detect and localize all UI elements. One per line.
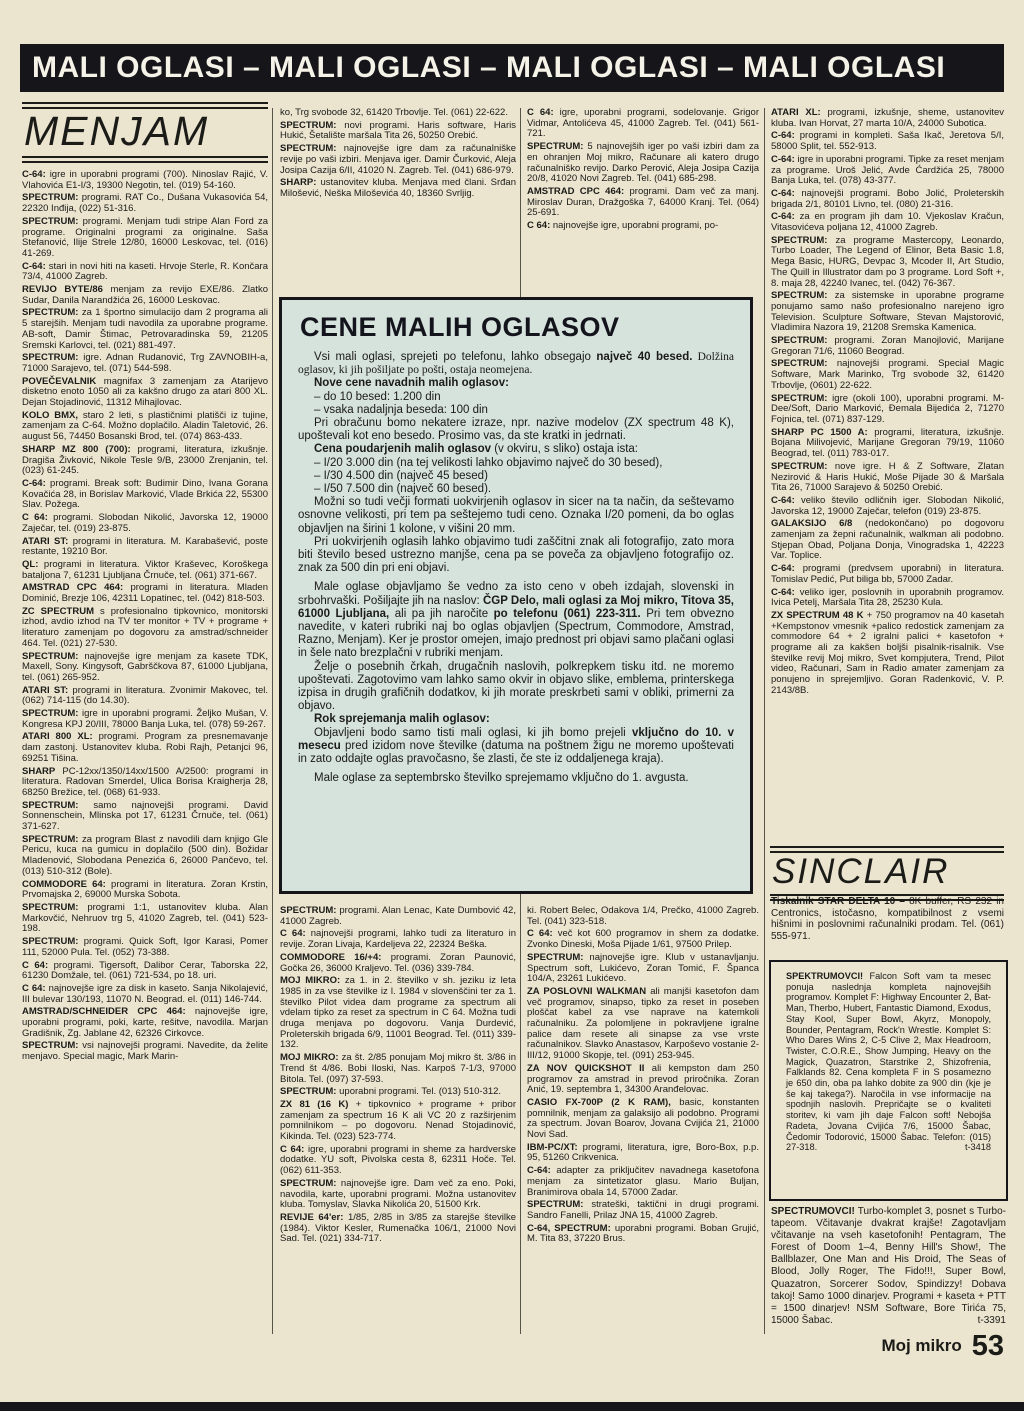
page-footer: Moj mikro53 <box>770 1330 1004 1363</box>
classified-ad: ZA POSLOVNI WALKMAN ali manjši kasetofon… <box>527 987 759 1062</box>
classified-ad: SHARP PC-12xx/1350/14xx/1500 A/2500: pro… <box>22 767 268 799</box>
classified-ad: SPECTRUM: programi. Zoran Manojlović, Ma… <box>771 336 1004 357</box>
classified-ad: C-64: za en program jih dam 10. Vjekosla… <box>771 212 1004 233</box>
classified-ad: KOLO BMX, staro 2 leti, s plastičnimi pl… <box>22 411 268 443</box>
classified-ad: ki. Robert Belec, Odakova 1/4, Prečko, 4… <box>527 906 759 927</box>
classified-ad: ko, Trg svobode 32, 61420 Trbovlje. Tel.… <box>280 108 516 119</box>
classified-ad: C-64: veliko število odličnih iger. Slob… <box>771 496 1004 517</box>
paragraph: SPEKTRUMOVCI! Falcon Soft vam ta mesec p… <box>786 971 991 1153</box>
classified-ad: REVIJE 64'er: 1/85, 2/85 in 3/85 za star… <box>280 1213 516 1245</box>
sinclair-ads: Tiskalnik STAR DELTA 10 – 8K buffer, RS … <box>771 896 1004 958</box>
paragraph: Male oglase objavljamo še vedno za isto … <box>298 581 734 660</box>
section-title-menjam: MENJAM <box>22 109 268 156</box>
classified-ad: SPECTRUM: najnovejši programi. Special M… <box>771 359 1004 391</box>
section-header-sinclair: SINCLAIR <box>770 846 1004 901</box>
classified-ad: COMMODORE 64: programi in literatura. Zo… <box>22 880 268 901</box>
classified-ad: C-64: programi in kompleti. Saša Ikač, J… <box>771 131 1004 152</box>
classified-ad: ZX 81 (16 K) + tipkovnico + programe + p… <box>280 1100 516 1143</box>
classified-ad: SPECTRUM: najnovejše igre dam za računal… <box>280 144 516 176</box>
classified-ad: QL: programi in literatura. Viktor Kraše… <box>22 560 268 581</box>
classified-ad: SPECTRUM: za programe Mastercopy, Leonar… <box>771 236 1004 290</box>
classified-ad: SPECTRUM: 5 najnovejših iger po vaši izb… <box>527 142 759 185</box>
classified-ad: C 64: igre, uporabni programi in sheme z… <box>280 1145 516 1177</box>
price-box-title: CENE MALIH OGLASOV <box>300 312 734 343</box>
classified-ad: SPECTRUM: uporabni programi. Tel. (013) … <box>280 1087 516 1098</box>
classified-ad: SPECTRUM: programi. Alan Lenac, Kate Dum… <box>280 906 516 927</box>
paragraph: – I/20 3.000 din (na tej velikosti lahko… <box>298 457 734 470</box>
classifieds-column-3-top: C 64: igre, uporabni programi, sodelovan… <box>527 108 759 294</box>
classified-ad: GALAKSIJO 6/8 (nedokončano) po dogovoru … <box>771 519 1004 562</box>
classified-ad: MOJ MIKRO: za št. 2/85 ponujam Moj mikro… <box>280 1053 516 1085</box>
falcon-soft-boxed-ad: SPEKTRUMOVCI! Falcon Soft vam ta mesec p… <box>769 960 1008 1201</box>
classifieds-column-2-top: ko, Trg svobode 32, 61420 Trbovlje. Tel.… <box>280 108 516 294</box>
classified-ad: ATARI 800 XL: programi. Program za presn… <box>22 732 268 764</box>
magazine-name: Moj mikro <box>881 1336 961 1355</box>
classified-ad: C 64: več kot 600 programov in shem za d… <box>527 929 759 950</box>
classified-ad: SPECTRUM: programi 1:1, ustanovitev klub… <box>22 903 268 935</box>
classified-ad: ATARI ST: programi in literatura. M. Kar… <box>22 537 268 558</box>
classified-ad: C 64: programi. Tigersoft, Dalibor Cerar… <box>22 961 268 982</box>
classified-ad: SHARP PC 1500 A: programi, literatura, i… <box>771 428 1004 460</box>
classified-ad: SPECTRUM: samo najnovejši programi. Davi… <box>22 801 268 833</box>
classifieds-column-2-bottom: SPECTRUM: programi. Alan Lenac, Kate Dum… <box>280 906 516 1334</box>
classified-ad: C-64: stari in novi hiti na kaseti. Hrvo… <box>22 262 268 283</box>
section-title-sinclair: SINCLAIR <box>770 853 1004 894</box>
classified-ad: C-64: igre in uporabni programi. Tipke z… <box>771 155 1004 187</box>
classified-ad: SHARP MZ 800 (700): programi, literatura… <box>22 445 268 477</box>
classified-ad: C-64: najnovejši programi. Bobo Jolić, P… <box>771 189 1004 210</box>
classified-ad: ATARI ST: programi in literatura. Zvonim… <box>22 686 268 707</box>
paragraph: Male oglase za septembrsko številko spre… <box>298 772 734 785</box>
classified-ad: SPECTRUM: programi. Menjam tudi stripe A… <box>22 217 268 260</box>
classified-ad: SPECTRUM: najnovejše igre menjam za kase… <box>22 652 268 684</box>
paragraph: – I/50 7.500 din (največ 60 besed). <box>298 483 734 496</box>
classified-ad: C-64: adapter za priključitev navadnega … <box>527 1166 759 1198</box>
classified-ad: C-64, SPECTRUM: uporabni programi. Boban… <box>527 1224 759 1245</box>
paragraph: Cena poudarjenih malih oglasov (v okviru… <box>298 443 734 456</box>
paragraph: Nove cene navadnih malih oglasov: <box>298 377 734 390</box>
paragraph: – I/30 4.500 din (največ 45 besed) <box>298 470 734 483</box>
classified-ad: C-64: veliko iger, poslovnih in uporabni… <box>771 588 1004 609</box>
classifieds-column-1: C-64: igre in uporabni programi (700). N… <box>22 170 268 1346</box>
paragraph: Vsi mali oglasi, sprejeti po telefonu, l… <box>298 351 734 377</box>
classified-ad: SPECTRUM: vsi najnovejši programi. Naved… <box>22 1041 268 1062</box>
paragraph: Pri obračunu bomo nekatere izraze, npr. … <box>298 417 734 443</box>
classified-ad: SPECTRUM: nove igre. H & Z Software, Zla… <box>771 462 1004 494</box>
paragraph: Možni so tudi večji formati uokvirjenih … <box>298 496 734 536</box>
classified-ad: SPECTRUM: igre. Adnan Rudanović, Trg ZAV… <box>22 353 268 374</box>
classified-ad: COMMODORE 16/+4: programi. Zoran Paunovi… <box>280 953 516 974</box>
page-number: 53 <box>972 1330 1004 1362</box>
classified-ad: SPECTRUM: najnovejše igre. Dam več za en… <box>280 1179 516 1211</box>
classifieds-column-4: ATARI XL: programi, izkušnje, sheme, ust… <box>771 108 1004 844</box>
classified-ad: POVEČEVALNIK magnifax 3 zamenjam za Atar… <box>22 377 268 409</box>
classified-ad: SPECTRUM: za 1 športno simulacijo dam 2 … <box>22 308 268 351</box>
classified-ad: ZA NOV QUICKSHOT II ali kempston dam 250… <box>527 1064 759 1096</box>
classified-ad: Tiskalnik STAR DELTA 10 – 8K buffer, RS … <box>771 896 1004 942</box>
price-info-box: CENE MALIH OGLASOV Vsi mali oglasi, spre… <box>279 297 753 894</box>
column-divider <box>764 108 765 1334</box>
paragraph: Objavljeni bodo samo tisti mali oglasi, … <box>298 727 734 767</box>
classified-ad: SPECTRUM: strateški, taktični in drugi p… <box>527 1200 759 1221</box>
paragraph: Želje o posebnih črkah, drugačnih naslov… <box>298 661 734 714</box>
classified-ad: SPECTRUM: programi. Quick Soft, Igor Kar… <box>22 937 268 958</box>
classified-ad: IBM-PC/XT: programi, literatura, igre, B… <box>527 1143 759 1164</box>
nsm-software-ad: SPECTRUMOVCI! Turbo-komplet 3, posnet s … <box>771 1206 1006 1334</box>
classified-ad: AMSTRAD/SCHNEIDER CPC 464: najnovejše ig… <box>22 1007 268 1039</box>
classified-ad: SPECTRUM: najnovejše igre. Klub v ustana… <box>527 953 759 985</box>
double-rule <box>22 156 268 163</box>
price-box-body: Vsi mali oglasi, sprejeti po telefonu, l… <box>298 351 734 786</box>
paragraph: – vsaka nadaljnja beseda: 100 din <box>298 404 734 417</box>
classified-ad: SPECTRUM: programi. RAT Co., Dušana Vuka… <box>22 193 268 214</box>
paragraph: – do 10 besed: 1.200 din <box>298 391 734 404</box>
classified-ad: AMSTRAD CPC 464: programi. Dam več za ma… <box>527 187 759 219</box>
classified-ad: C 64: igre, uporabni programi, sodelovan… <box>527 108 759 140</box>
classified-ad: SHARP: ustanovitev kluba. Menjava med čl… <box>280 178 516 199</box>
page-bottom-edge <box>0 1402 1024 1411</box>
classified-ad: C 64: najnovejše igre za disk in kaseto.… <box>22 984 268 1005</box>
paragraph: SPECTRUMOVCI! Turbo-komplet 3, posnet s … <box>771 1206 1006 1327</box>
classified-ad: AMSTRAD CPC 464: programi in literatura.… <box>22 583 268 604</box>
classified-ad: ZX SPECTRUM 48 K + 750 programov na 40 k… <box>771 611 1004 697</box>
paragraph: Pri uokvirjenih oglasih lahko objavimo t… <box>298 536 734 576</box>
column-divider <box>272 108 273 1334</box>
classified-ad: MOJ MIKRO: za 1. in 2. številko v sh. je… <box>280 976 516 1051</box>
classified-ad: CASIO FX-700P (2 K RAM), basic, konstant… <box>527 1098 759 1141</box>
classified-ad: SPECTRUM: za sistemske in uporabne progr… <box>771 291 1004 334</box>
classified-ad: SPECTRUM: za program Blast z navodili da… <box>22 835 268 878</box>
classified-ad: ZC SPECTRUM s profesionalno tipkovnico, … <box>22 607 268 650</box>
classified-ad: C-64: igre in uporabni programi (700). N… <box>22 170 268 191</box>
paragraph: Rok sprejemanja malih oglasov: <box>298 713 734 726</box>
classified-ad: C-64: programi (predvsem uporabni) in li… <box>771 564 1004 585</box>
classified-ad: ATARI XL: programi, izkušnje, sheme, ust… <box>771 108 1004 129</box>
classified-ad: REVIJO BYTE/86 menjam za revijo EXE/86. … <box>22 285 268 306</box>
classified-ad: SPECTRUM: novi programi. Haris software,… <box>280 121 516 142</box>
classified-ad: C-64: programi. Break soft: Budimir Dino… <box>22 479 268 511</box>
section-header-menjam: MENJAM <box>22 102 268 163</box>
classified-ad: SPECTRUM: igre in uporabni programi. Žel… <box>22 709 268 730</box>
classifieds-column-3-bottom: ki. Robert Belec, Odakova 1/4, Prečko, 4… <box>527 906 759 1334</box>
masthead-banner: MALI OGLASI – MALI OGLASI – MALI OGLASI … <box>20 44 1004 92</box>
classified-ad: C 64: programi. Slobodan Nikolić, Javors… <box>22 513 268 534</box>
classified-ad: C 64: najnovejše igre, uporabni programi… <box>527 221 759 232</box>
classified-ad: SPECTRUM: igre (okoli 100), uporabni pro… <box>771 394 1004 426</box>
classified-ad: C 64: najnovejši programi, lahko tudi za… <box>280 929 516 950</box>
